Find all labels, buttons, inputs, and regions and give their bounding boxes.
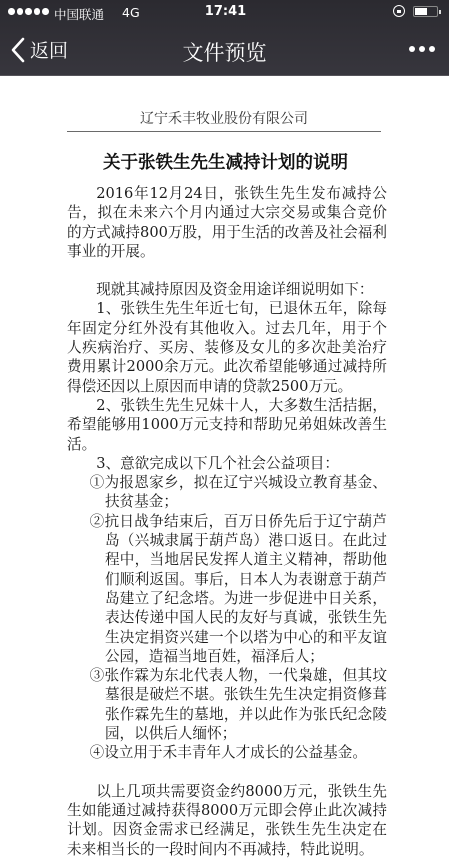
project-4: ④设立用于禾丰青年人才成长的公益基金。 — [82, 743, 387, 762]
more-dots-icon — [409, 46, 415, 52]
reason-3: 3、意欲完成以下几个社会公益项目： — [67, 454, 387, 473]
more-dots-icon — [419, 46, 425, 52]
document-body: 2016年12月24日，张铁生先生发布减持公告，拟在未来六个月内通过大宗交易或集… — [67, 184, 387, 800]
more-dots-icon — [429, 46, 435, 52]
orientation-lock-icon — [393, 5, 405, 17]
document-preview[interactable]: 辽宁禾丰牧业股份有限公司 关于张铁生先生减持计划的说明 2016年12月24日，… — [0, 77, 449, 800]
reason-2: 2、张铁生先生兄妹十人，大多数生活拮据，希望能够用1000万元支持和帮助兄弟姐妹… — [67, 396, 387, 454]
nav-bar: 返回 文件预览 — [0, 26, 449, 76]
project-1: ①为报恩家乡，拟在辽宁兴城设立教育基金、扶贫基金； — [82, 473, 387, 512]
battery-icon — [413, 6, 438, 17]
project-2: ②抗日战争结束后，百万日侨先后于辽宁葫芦岛（兴城隶属于葫芦岛）港口返日。在此过程… — [82, 512, 387, 666]
project-3: ③张作霖为东北代表人物，一代枭雄，但其坟墓很是破烂不堪。张铁生先生决定捐资修葺张… — [82, 666, 387, 743]
top-bar: 中国联通 4G 17:41 返回 文件预览 — [0, 0, 449, 76]
document-title: 关于张铁生先生减持计划的说明 — [0, 149, 449, 174]
status-bar: 中国联通 4G 17:41 — [0, 0, 449, 26]
conclusion-paragraph: 以上几项共需要资金约8000万元，张铁生先生如能通过减持获得8000万元即会停止… — [67, 782, 387, 800]
page-title: 文件预览 — [0, 37, 449, 67]
lead-paragraph: 现就其减持原因及资金用途详细说明如下： — [67, 280, 387, 299]
company-header: 辽宁禾丰牧业股份有限公司 — [67, 108, 381, 132]
status-time: 17:41 — [0, 4, 449, 19]
more-options-button[interactable] — [407, 40, 437, 58]
reason-1: 1、张铁生先生年近七旬，已退休五年，除每年固定分红外没有其他收入。过去几年，用于… — [67, 299, 387, 395]
intro-paragraph: 2016年12月24日，张铁生先生发布减持公告，拟在未来六个月内通过大宗交易或集… — [67, 184, 387, 261]
